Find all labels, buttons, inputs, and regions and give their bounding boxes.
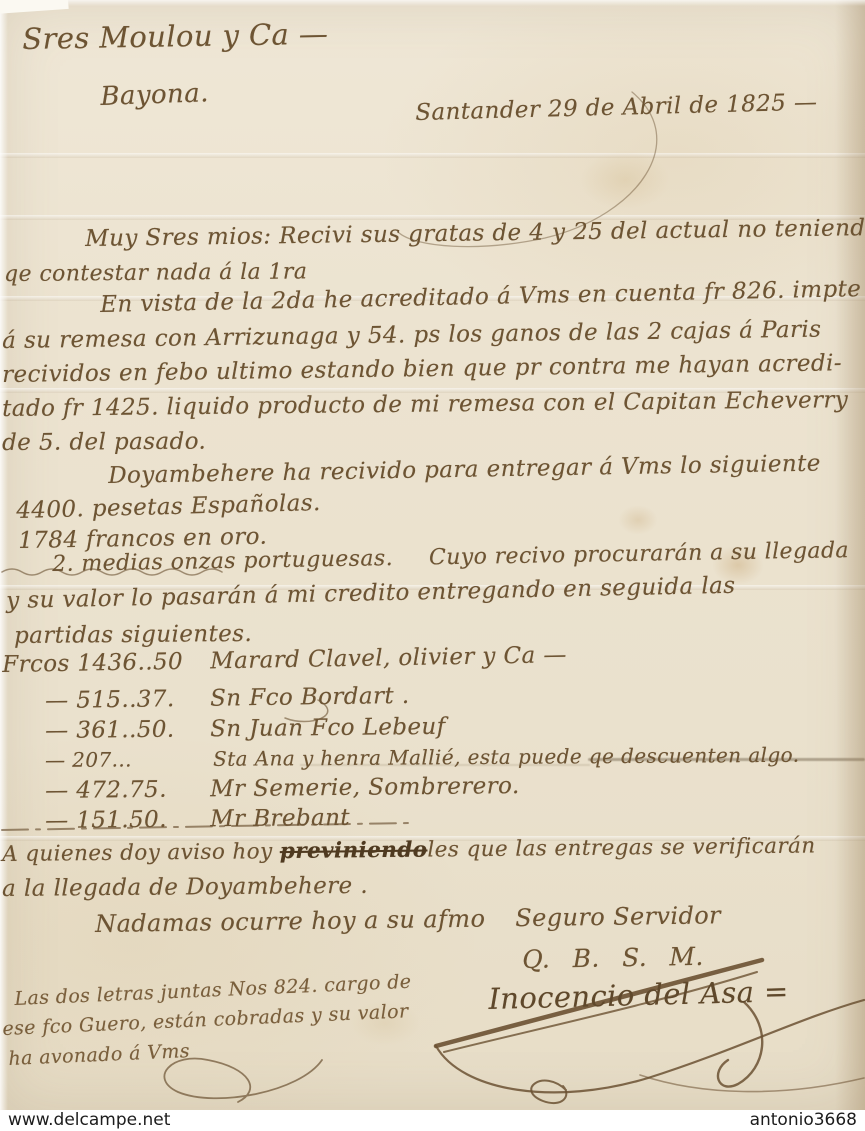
watermark-seller: antonio3668 xyxy=(750,1110,857,1131)
body-line: de 5. del pasado. xyxy=(2,429,206,456)
account-payee: Mr Brebant xyxy=(210,805,350,832)
closing-right: Seguro Servidor xyxy=(515,901,721,932)
account-amount: — 207... xyxy=(45,747,213,772)
place-line: Bayona. xyxy=(100,78,209,112)
paper-stain xyxy=(618,505,658,535)
account-amount: Frcos 1436..50 xyxy=(2,648,210,678)
notice-post: les que las entregas se verificarán xyxy=(427,833,815,862)
notice-overwritten-word: previniendo xyxy=(280,838,428,865)
account-payee: Mr Semerie, Sombrerero. xyxy=(210,773,520,802)
body-line: a la llegada de Doyambehere . xyxy=(2,873,368,902)
paper-edge xyxy=(0,0,8,1110)
account-payee: Sn Fco Bordart . xyxy=(210,683,410,712)
account-row: — 515..37.Sn Fco Bordart . xyxy=(45,683,410,714)
account-payee: Sta Ana y henra Mallié, esta puede qe de… xyxy=(213,743,800,771)
letter-scan: Sres Moulou y Ca — Bayona. Santander 29 … xyxy=(0,0,865,1131)
account-amount: — 361..50. xyxy=(45,716,210,744)
valediction: Q. B. S. M. xyxy=(522,942,704,974)
watermark-site: www.delcampe.net xyxy=(8,1110,170,1131)
paper-stain xyxy=(580,150,670,210)
closing-left: Nadamas ocurre hoy a su afmo xyxy=(95,905,486,938)
account-payee: Sn Juan Fco Lebeuf xyxy=(210,714,446,742)
recipient-line: Sres Moulou y Ca — xyxy=(22,17,328,56)
account-row: — 361..50.Sn Juan Fco Lebeuf xyxy=(45,714,446,744)
account-amount: — 515..37. xyxy=(45,686,210,714)
paper-edge xyxy=(0,0,865,6)
account-row: — 472.75.Mr Semerie, Sombrerero. xyxy=(45,773,520,804)
notice-pre: A quienes doy aviso hoy xyxy=(2,839,280,867)
body-line: partidas siguientes. xyxy=(14,621,252,649)
watermark-bar: www.delcampe.net antonio3668 xyxy=(0,1110,865,1131)
account-row: — 151.50.Mr Brebant xyxy=(45,805,350,834)
account-amount: — 472.75. xyxy=(45,776,210,804)
fold-crease xyxy=(0,153,865,158)
account-amount: — 151.50. xyxy=(45,806,210,834)
body-line: qe contestar nada á la 1ra xyxy=(4,259,307,287)
